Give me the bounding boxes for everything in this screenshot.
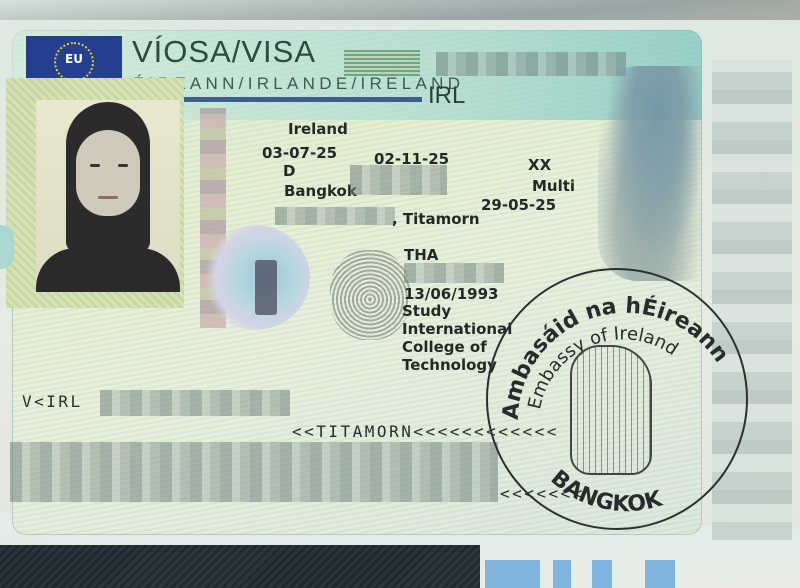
- field-type-of-visa: D: [283, 162, 295, 180]
- harp-icon: [570, 345, 652, 475]
- field-remarks-4: Technology: [402, 356, 497, 374]
- holder-finger: [0, 225, 14, 269]
- mrz-line1-prefix: V<IRL: [22, 392, 83, 411]
- background-fabric: [0, 545, 480, 588]
- field-date-of-birth: 13/06/1993: [404, 285, 498, 303]
- passport-stripe: [645, 560, 675, 588]
- passport-stripe: [485, 560, 540, 588]
- passport-stripe: [553, 560, 571, 588]
- country-code: IRL: [428, 82, 465, 110]
- photo-shoulders: [36, 248, 180, 292]
- visa-title: VÍOSA/VISA: [132, 34, 316, 70]
- field-issued-on: 29-05-25: [481, 196, 556, 214]
- field-name: , Titamorn: [392, 210, 480, 228]
- redacted-mrz-name: [100, 390, 290, 416]
- field-from: 03-07-25: [262, 144, 337, 162]
- field-nationality: THA: [404, 246, 438, 264]
- hologram-eu-mark: [255, 260, 277, 315]
- photo-eye: [118, 164, 128, 167]
- redacted-visa-number: [436, 52, 626, 76]
- fingerprint-pattern: [330, 250, 410, 340]
- redacted-mrz-line2: [10, 442, 498, 502]
- harp-emblem-icon: [344, 50, 420, 76]
- field-duration: XX: [528, 156, 551, 174]
- security-pattern: [598, 66, 702, 281]
- holder-photo: [36, 100, 180, 292]
- field-issued-in: Bangkok: [284, 182, 357, 200]
- photo-eye: [90, 164, 100, 167]
- photo-face: [76, 130, 140, 216]
- field-entries: Multi: [532, 177, 575, 195]
- field-remarks-3: College of: [402, 338, 487, 356]
- redacted-surname: [275, 207, 395, 225]
- photo-mouth: [98, 196, 118, 199]
- redacted-passport-number: [350, 165, 447, 195]
- field-valid-for: Ireland: [288, 120, 348, 138]
- passport-stripe: [592, 560, 612, 588]
- field-remarks-1: Study: [402, 302, 451, 320]
- eu-badge-text: EU: [26, 52, 122, 66]
